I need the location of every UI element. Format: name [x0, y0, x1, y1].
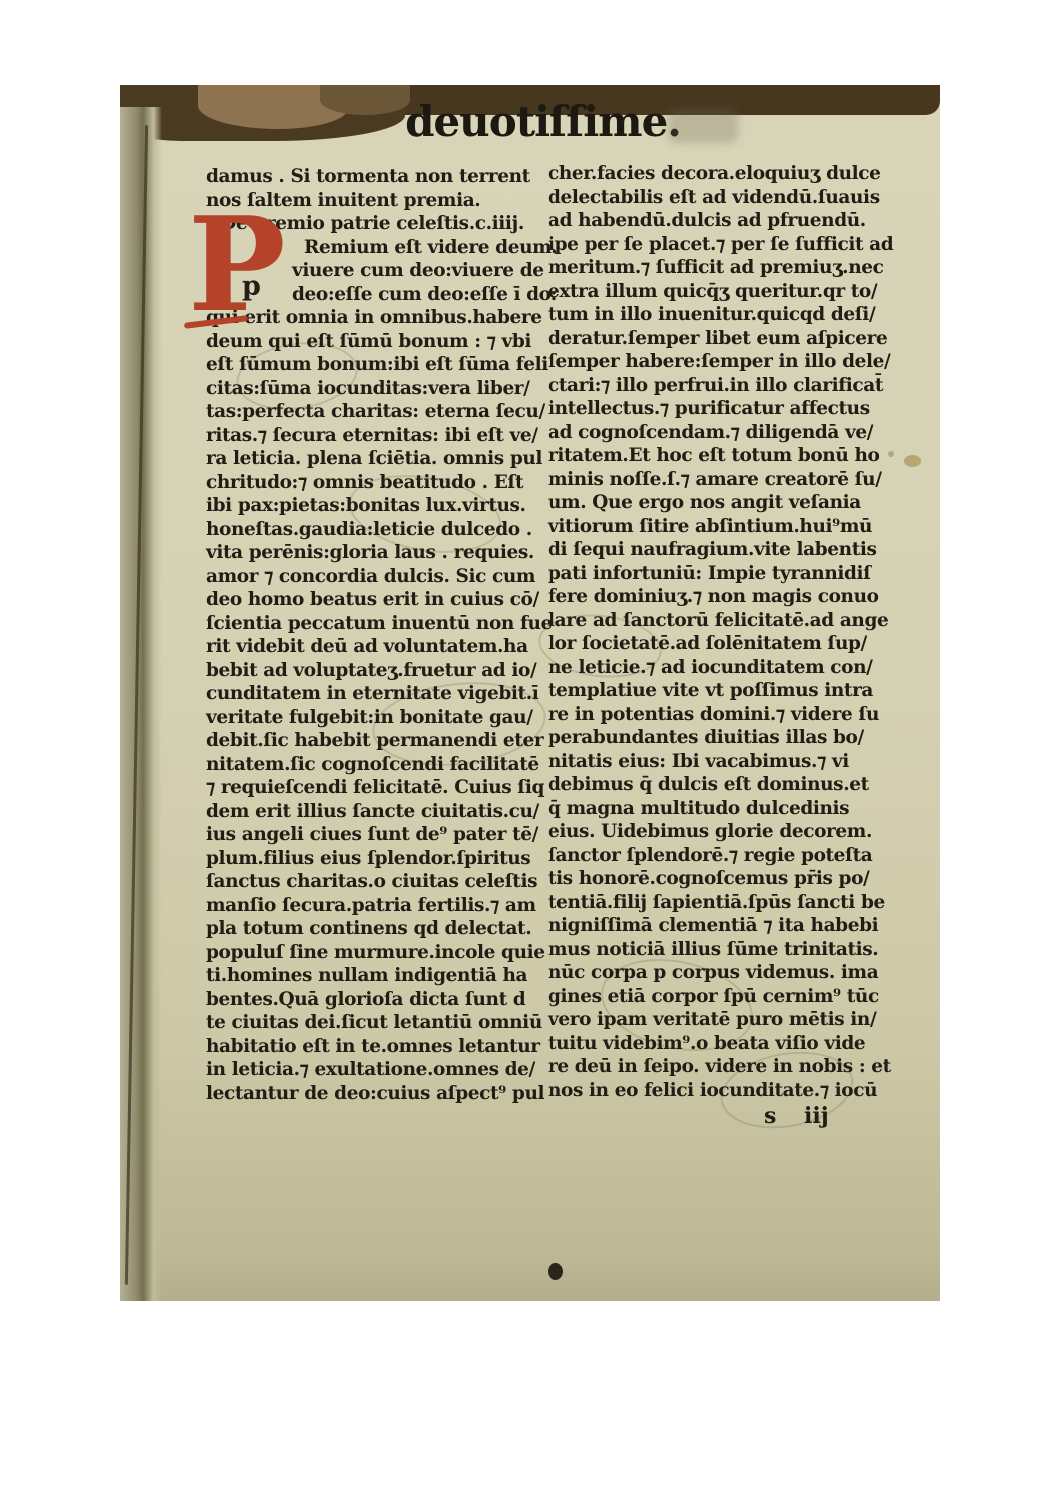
- text-line: minis noſſe.ſ.⁊ amare creatorē ſu/: [548, 468, 924, 492]
- page-gutter-shadow: [120, 107, 162, 1301]
- text-line: tentiā.filij ſapientiā.ſpūs ſancti be: [548, 891, 924, 915]
- text-line: eſt ſūmum bonum:ibi eſt ſūma feli: [206, 353, 552, 377]
- text-line: tis honorē.cognoſcemus pr̄is po/: [548, 867, 924, 891]
- text-line: re in potentias domini.⁊ videre ſu: [548, 703, 924, 727]
- text-line: vitiorum ſitire abſintium.hui⁹mū: [548, 515, 924, 539]
- text-line: eius. Uidebimus glorie decorem.: [548, 820, 924, 844]
- text-line: fere dominiuʒ.⁊ non magis conuo: [548, 585, 924, 609]
- text-line: debimus q̄ dulcis eſt dominus.et: [548, 773, 924, 797]
- ink-bleedthrough-smudge: [668, 109, 738, 143]
- text-line: ti.homines nullam indigentiā ha: [206, 964, 552, 988]
- text-line: in leticia.⁊ exultatione.omnes de/: [206, 1058, 552, 1082]
- text-line: intellectus.⁊ purificatur affectus: [548, 397, 924, 421]
- text-line: q̄ magna multitudo dulcedinis: [548, 797, 924, 821]
- signature-mark: s iij: [764, 1103, 829, 1129]
- text-line: vita perēnis:gloria laus . requies.: [206, 541, 552, 565]
- text-line: populuſ ſine murmure.incole quie: [206, 941, 552, 965]
- text-line: deo homo beatus erit in cuius cō/: [206, 588, 552, 612]
- text-line: ctari:⁊ illo perfrui.in illo clarificat̄: [548, 374, 924, 398]
- paper-stain: [888, 451, 894, 457]
- text-line: tuitu videbim⁹.o beata viſio vide: [548, 1032, 924, 1056]
- text-column-right: cher.facies decora.eloquiuʒ dulcedelecta…: [548, 162, 924, 1102]
- text-line: veritate fulgebit:in bonitate gau/: [206, 706, 552, 730]
- guide-letter-p: p: [242, 271, 261, 302]
- text-line: damus . Si tormenta non terrent: [206, 165, 552, 189]
- text-line: lor ſocietatē.ad ſolēnitatem ſup/: [548, 632, 924, 656]
- text-line: citas:ſūma iocunditas:vera liber/: [206, 377, 552, 401]
- text-line: bentes.Quā glorioſa dicta ſunt d: [206, 988, 552, 1012]
- text-line: lare ad ſanctorū felicitatē.ad ange: [548, 609, 924, 633]
- text-line: habitatio eſt in te.omnes letantur: [206, 1035, 552, 1059]
- text-line: te ciuitas dei.ſicut letantiū omniū: [206, 1011, 552, 1035]
- book-page-photo: deuotiſſime. damus . Si tormenta non ter…: [120, 85, 940, 1301]
- text-line: di ſequi naufragium.vite labentis: [548, 538, 924, 562]
- text-line: extra illum quicq̄ʒ queritur.qr to/: [548, 280, 924, 304]
- text-line: pati infortuniū: Impie tyrannidiſ: [548, 562, 924, 586]
- text-line: ſanctor ſplendorē.⁊ regie poteſta: [548, 844, 924, 868]
- text-line: dem erit illius ſancte ciuitatis.cu/: [206, 800, 552, 824]
- text-line: mus noticiā illius ſūme trinitatis.: [548, 938, 924, 962]
- text-line: cunditatem in eternitate vigebit.ī: [206, 682, 552, 706]
- text-line: ad habendū.dulcis ad pfruendū.: [548, 209, 924, 233]
- text-line: ibi pax:pietas:bonitas lux.virtus.: [206, 494, 552, 518]
- text-line: nigniſſimā clementiā ⁊ ita habebi: [548, 914, 924, 938]
- text-line: bebit ad voluptateʒ.fruetur ad io/: [206, 659, 552, 683]
- text-line: ritas.⁊ ſecura eternitas: ibi eſt ve/: [206, 424, 552, 448]
- text-line: perabundantes diuitias illas bo/: [548, 726, 924, 750]
- text-line: re deū in ſeipo. videre in nobis : et: [548, 1055, 924, 1079]
- paper-stain: [904, 455, 921, 467]
- rubricated-initial-P: P: [188, 213, 286, 317]
- text-line: plum.filius eius ſplendor.ſpiritus: [206, 847, 552, 871]
- text-line: cher.facies decora.eloquiuʒ dulce: [548, 162, 924, 186]
- text-line: tum in illo inuenitur.quicqd deſi/: [548, 303, 924, 327]
- text-line: vero ipam veritatē puro mētis in/: [548, 1008, 924, 1032]
- text-line: ⁊ requieſcendi felicitatē. Cuius ſiq: [206, 776, 552, 800]
- text-line: ſemper habere:ſemper in illo dele/: [548, 350, 924, 374]
- text-line: chritudo:⁊ omnis beatitudo . Eſt: [206, 471, 552, 495]
- text-line: ipe per ſe placet.⁊ per ſe ſufficit ad: [548, 233, 924, 257]
- text-line: pla totum continens qd delectat.: [206, 917, 552, 941]
- text-line: nitatis eius: Ibi vacabimus.⁊ vi: [548, 750, 924, 774]
- text-line: gines etiā corpor ſpū cernim⁹ tūc: [548, 985, 924, 1009]
- text-line: ius angeli ciues ſunt de⁹ pater tē/: [206, 823, 552, 847]
- text-line: ad cognoſcendam.⁊ diligendā ve/: [548, 421, 924, 445]
- text-line: ne leticie.⁊ ad iocunditatem con/: [548, 656, 924, 680]
- text-line: nitatem.ſic cognoſcendi facilitatē: [206, 753, 552, 777]
- text-line: nos in eo felici iocunditate.⁊ iocū: [548, 1079, 924, 1103]
- text-line: ſcientia peccatum inuentū non fue: [206, 612, 552, 636]
- text-line: rit videbit deū ad voluntatem.ha: [206, 635, 552, 659]
- text-line: ſanctus charitas.o ciuitas celeſtis: [206, 870, 552, 894]
- text-line: meritum.⁊ ſufficit ad premiuʒ.nec: [548, 256, 924, 280]
- text-line: tas:perfecta charitas: eterna ſecu/: [206, 400, 552, 424]
- text-line: delectabilis eſt ad videndū.ſuauis: [548, 186, 924, 210]
- text-line: manſio ſecura.patria fertilis.⁊ am: [206, 894, 552, 918]
- text-line: amor ⁊ concordia dulcis. Sic cum: [206, 565, 552, 589]
- ink-dot: [548, 1263, 563, 1280]
- text-line: nūc corpa p corpus videmus. ima: [548, 961, 924, 985]
- text-line: um. Que ergo nos angit veſania: [548, 491, 924, 515]
- text-line: debit.ſic habebit permanendi eter: [206, 729, 552, 753]
- text-line: ritatem.Et hoc eſt totum bonū ho: [548, 444, 924, 468]
- text-line: ra leticia. plena ſciētia. omnis pul: [206, 447, 552, 471]
- text-line: templatiue vite vt poſſimus intra: [548, 679, 924, 703]
- running-header: deuotiſſime.: [120, 97, 940, 146]
- text-line: deratur.ſemper libet eum aſpicere: [548, 327, 924, 351]
- text-line: honeſtas.gaudia:leticie dulcedo .: [206, 518, 552, 542]
- text-line: lectantur de deo:cuius aſpect⁹ pul: [206, 1082, 552, 1106]
